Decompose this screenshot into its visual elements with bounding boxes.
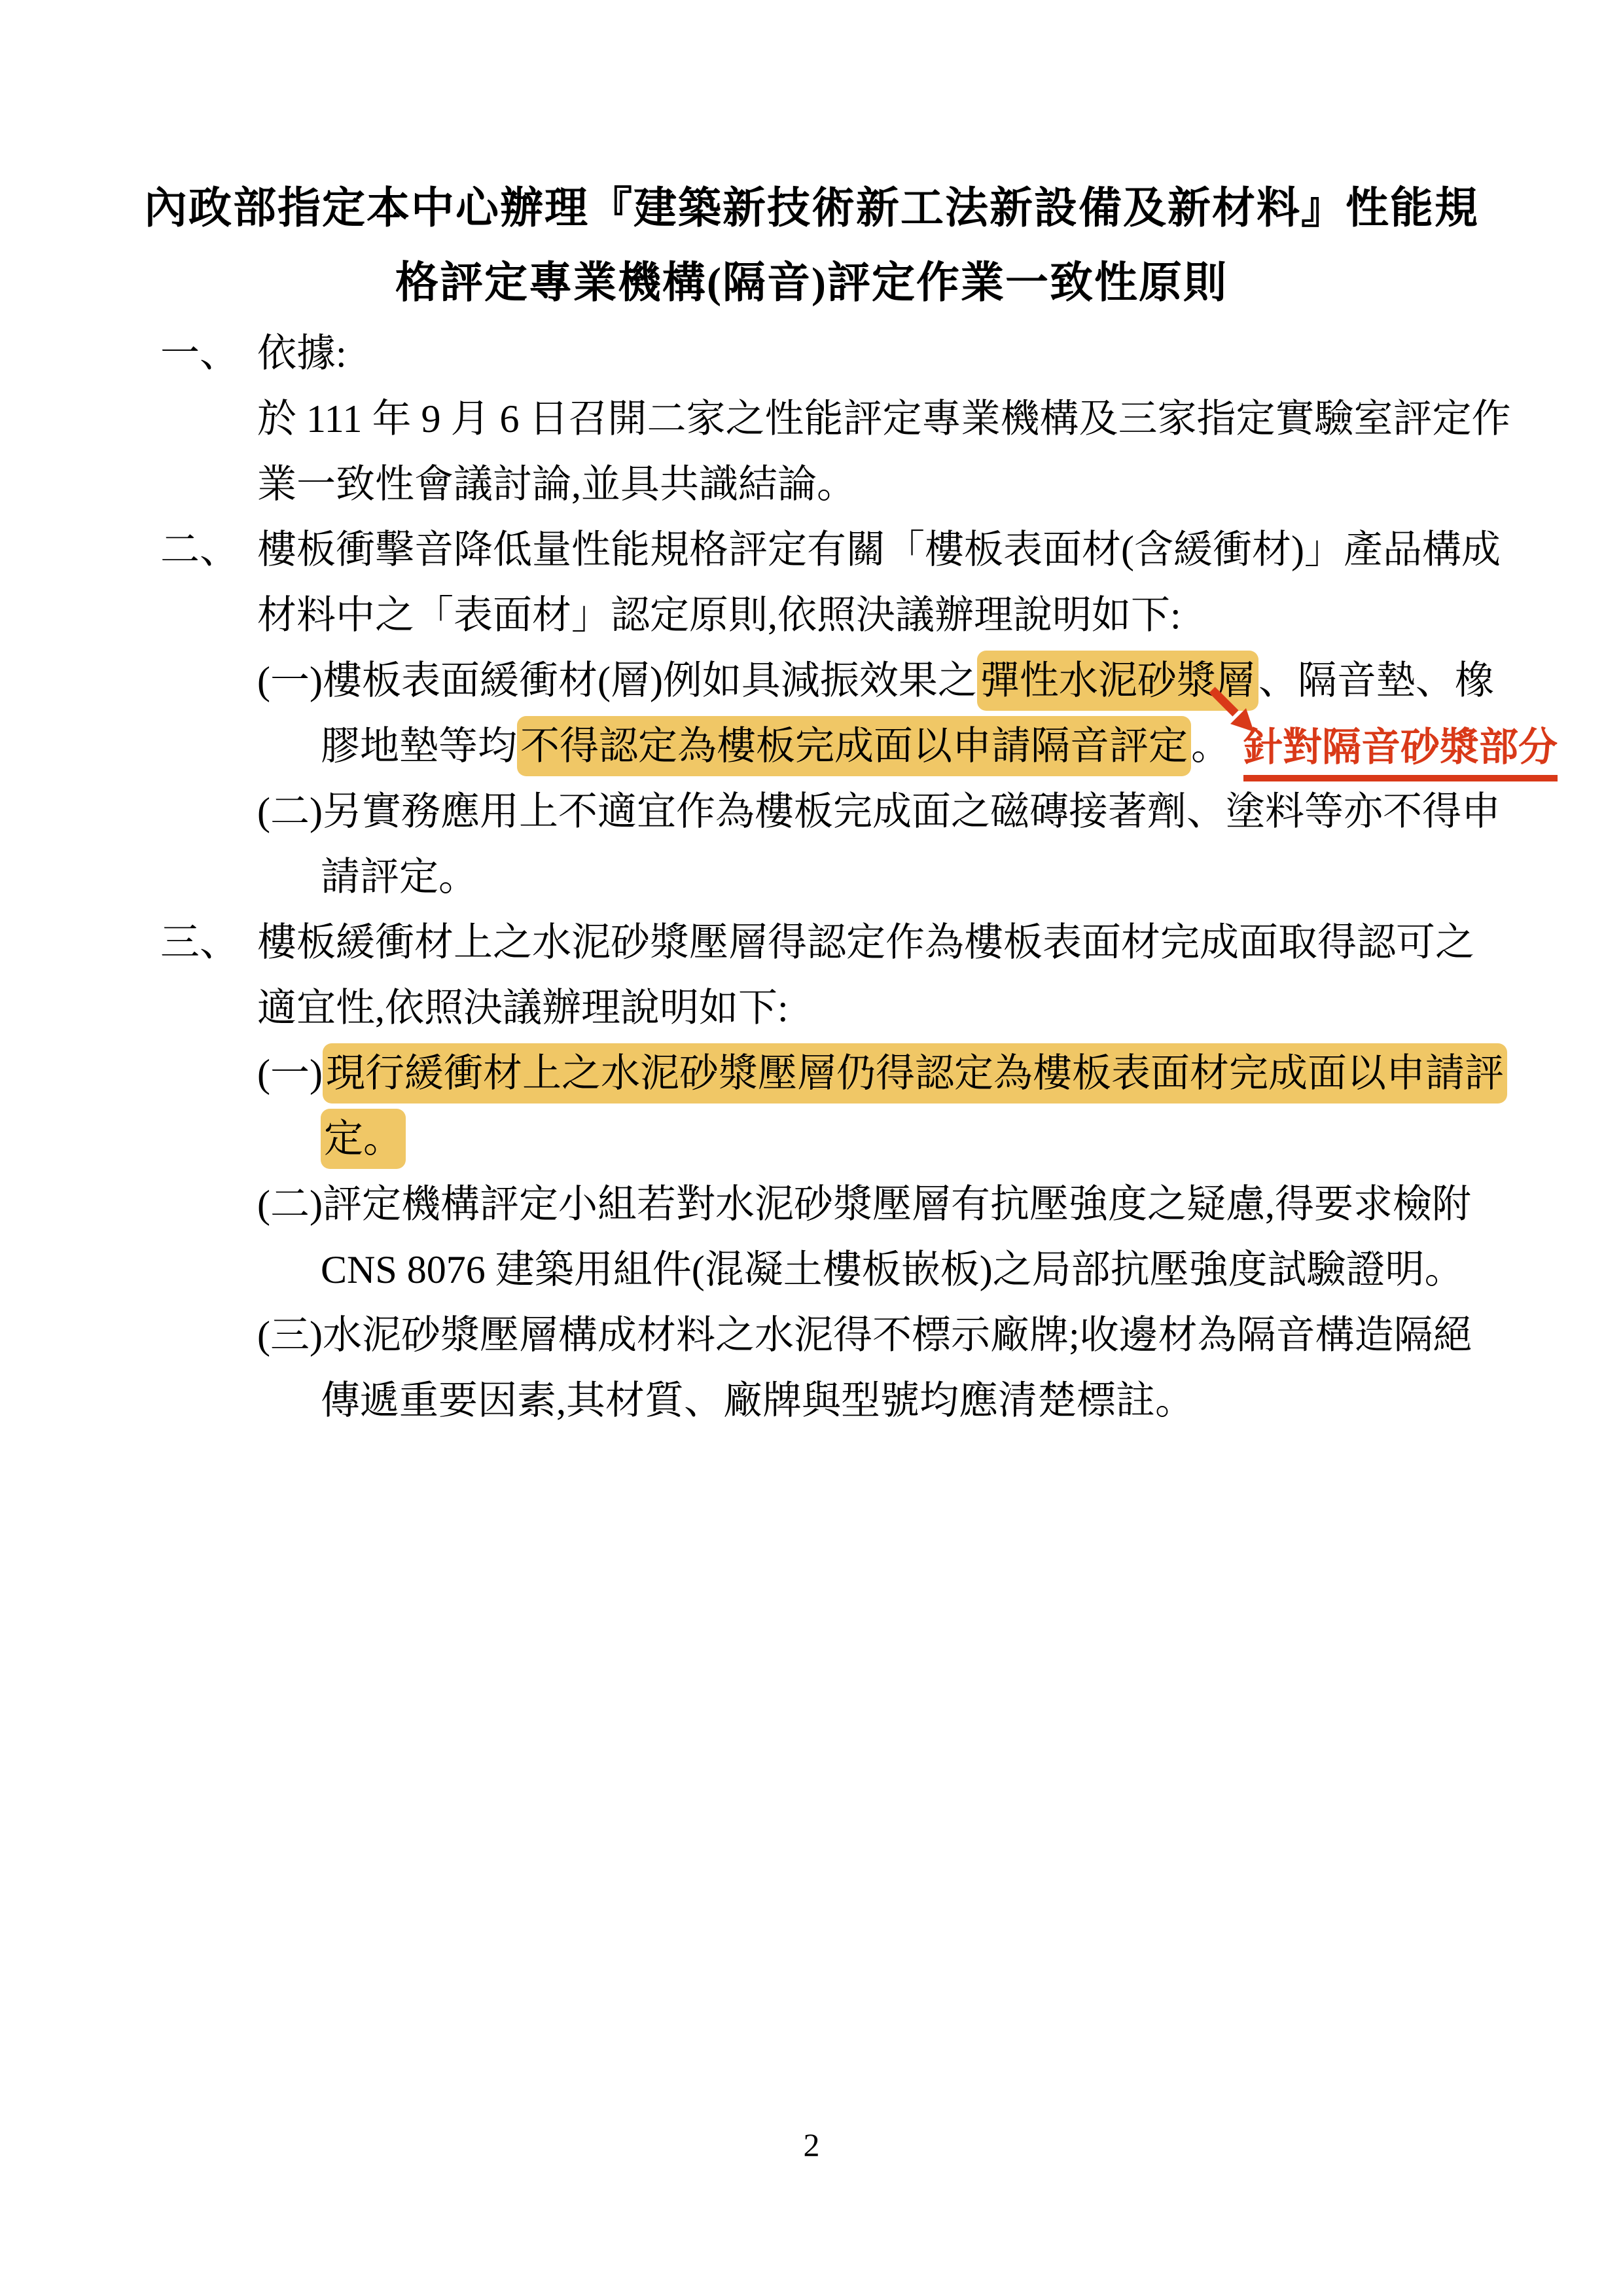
section-1-paragraph-line-1: 於 111 年 9 月 6 日召開二家之性能評定專業機構及三家指定實驗室評定作 <box>0 386 1623 452</box>
item-2-1-line-1: (一)樓板表面緩衝材(層)例如具減振效果之彈性水泥砂漿層、隔音墊、橡 <box>0 648 1623 713</box>
item-3-2-line-2: CNS 8076 建築用組件(混凝土樓板嵌板)之局部抗壓強度試驗證明。 <box>0 1237 1623 1302</box>
section-2-heading: 二、樓板衝擊音降低量性能規格評定有關「樓板表面材(含緩衝材)」產品構成 <box>0 517 1623 583</box>
annotation-note: 針對隔音砂漿部分 <box>1243 725 1558 781</box>
section-1-number: 一、 <box>160 321 257 386</box>
section-1-paragraph-line-2: 業一致性會議討論,並具共識結論。 <box>0 452 1623 517</box>
title-line-2: 格評定專業機構(隔音)評定作業一致性原則 <box>0 246 1623 321</box>
document-page: 內政部指定本中心辦理『建築新技術新工法新設備及新材料』性能規 格評定專業機構(隔… <box>0 0 1623 2296</box>
section-2-heading-text: 樓板衝擊音降低量性能規格評定有關「樓板表面材(含緩衝材)」產品構成 <box>257 528 1501 571</box>
title-line-1: 內政部指定本中心辦理『建築新技術新工法新設備及新材料』性能規 <box>0 171 1623 246</box>
item-3-1-line-1: (一)現行緩衝材上之水泥砂漿壓層仍得認定為樓板表面材完成面以申請評 <box>0 1041 1623 1106</box>
section-3-heading-line-2: 適宜性,依照決議辦理說明如下: <box>0 975 1623 1041</box>
item-3-1-line-2: 定。 <box>0 1106 1623 1172</box>
document-title: 內政部指定本中心辦理『建築新技術新工法新設備及新材料』性能規 格評定專業機構(隔… <box>0 0 1623 321</box>
page-number: 2 <box>0 2126 1623 2164</box>
item-3-3-line-1: (三)水泥砂漿壓層構成材料之水泥得不標示廠牌;收邊材為隔音構造隔絕 <box>0 1302 1623 1368</box>
section-1-heading: 一、依據: <box>0 321 1623 386</box>
highlight-not-recognized-finish: 不得認定為樓板完成面以申請隔音評定 <box>517 716 1191 776</box>
section-3-number: 三、 <box>160 910 257 975</box>
item-3-1-prefix: (一) <box>257 1052 323 1095</box>
document-body: 一、依據: 於 111 年 9 月 6 日召開二家之性能評定專業機構及三家指定實… <box>0 321 1623 1433</box>
section-3-heading-text: 樓板緩衝材上之水泥砂漿壓層得認定作為樓板表面材完成面取得認可之 <box>257 921 1474 964</box>
item-3-2-line-1: (二)評定機構評定小組若對水泥砂漿壓層有抗壓強度之疑慮,得要求檢附 <box>0 1172 1623 1237</box>
item-2-1-cont: 膠地墊等均 <box>321 725 517 768</box>
highlight-current-mortar-layer-end: 定。 <box>321 1109 406 1169</box>
item-2-2-line-2: 請評定。 <box>0 844 1623 910</box>
item-3-3-line-2: 傳遞重要因素,其材質、廠牌與型號均應清楚標註。 <box>0 1368 1623 1433</box>
section-2-heading-line-2: 材料中之「表面材」認定原則,依照決議辦理說明如下: <box>0 583 1623 648</box>
section-1-label: 依據: <box>257 332 347 375</box>
item-2-1-mid: 、隔音墊、橡 <box>1258 659 1494 702</box>
section-3-heading: 三、樓板緩衝材上之水泥砂漿壓層得認定作為樓板表面材完成面取得認可之 <box>0 910 1623 975</box>
highlight-current-mortar-layer: 現行緩衝材上之水泥砂漿壓層仍得認定為樓板表面材完成面以申請評 <box>323 1043 1507 1103</box>
section-2-number: 二、 <box>160 517 257 583</box>
item-2-1-prefix: (一)樓板表面緩衝材(層)例如具減振效果之 <box>257 659 977 702</box>
item-2-2-line-1: (二)另實務應用上不適宜作為樓板完成面之磁磚接著劑、塗料等亦不得申 <box>0 779 1623 844</box>
